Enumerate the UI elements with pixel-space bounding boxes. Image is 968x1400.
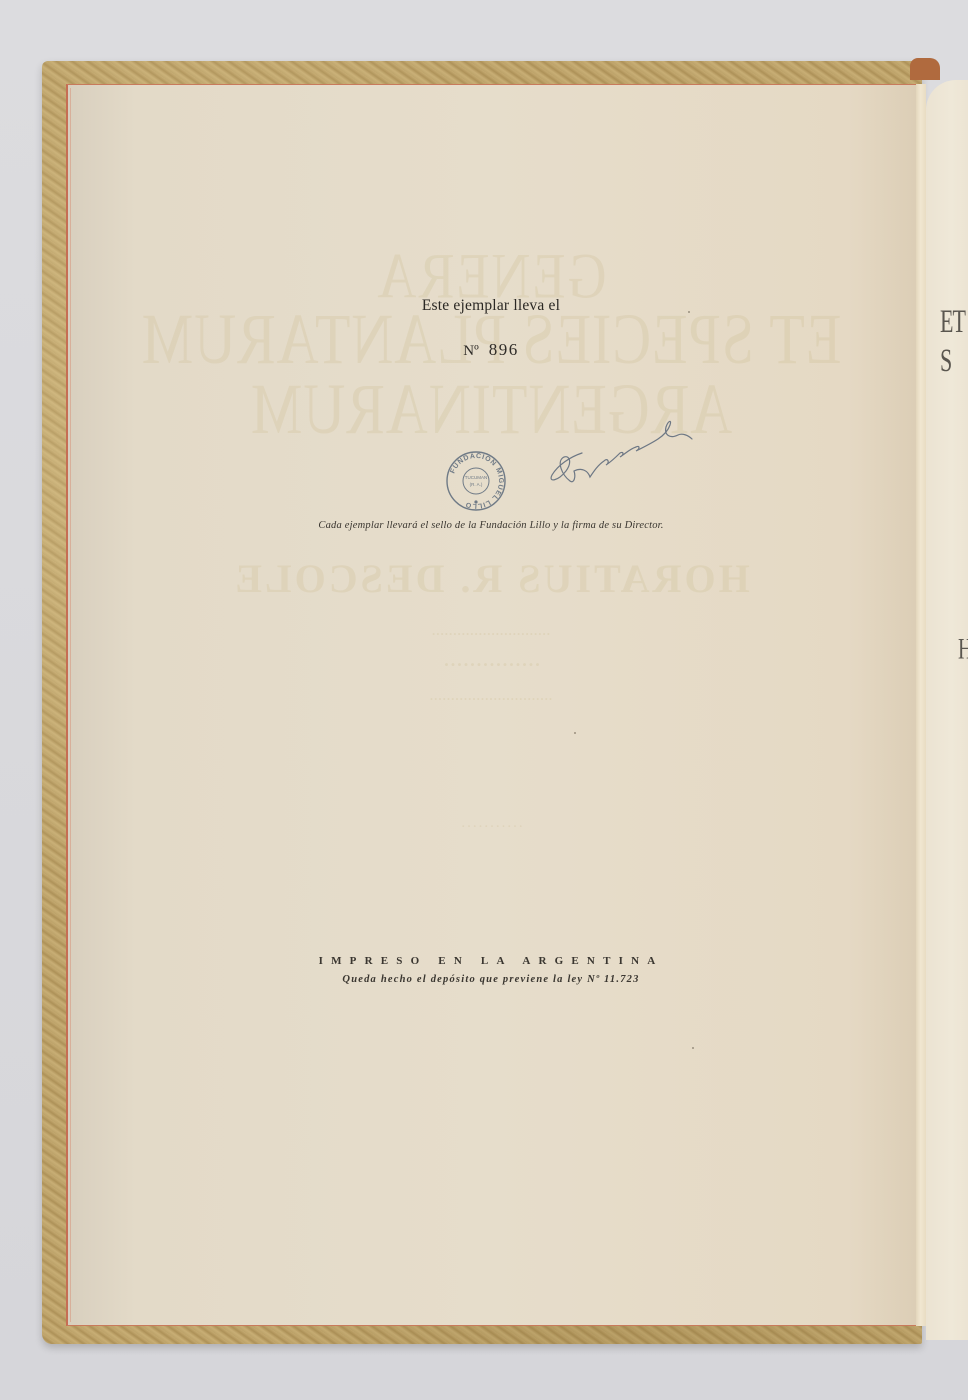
facing-page-fragment-top: ET S (940, 302, 968, 380)
paper-speck (688, 311, 690, 313)
page-gutter (916, 84, 926, 1326)
legal-deposit-note: Queda hecho el depósito que previene la … (66, 974, 916, 985)
number-value: 896 (489, 340, 519, 359)
number-label: Nº (463, 343, 478, 359)
stamp-inner-line1: TUCUMAN (465, 475, 488, 480)
stamp-inner-line2: (R. A.) (470, 482, 483, 487)
paper-speck (692, 1047, 694, 1049)
facing-page-fragment-mid: H (958, 633, 968, 668)
director-signature (540, 405, 710, 495)
facing-page: ET S H (926, 80, 968, 1340)
edition-line: Este ejemplar lleva el (66, 297, 916, 315)
stamp-signature-caption: Cada ejemplar llevará el sello de la Fun… (66, 520, 916, 531)
cover-corner-worn (910, 58, 940, 80)
foundation-stamp-icon: FUNDACION MIGUEL LILLO TUCUMAN (R. A.) (445, 450, 507, 512)
page-edge-line (70, 88, 71, 1322)
paper-speck (574, 732, 576, 734)
printed-in-argentina: IMPRESO EN LA ARGENTINA (66, 955, 916, 967)
endpaper-page (66, 84, 916, 1326)
copy-number: Nº896 (66, 340, 916, 360)
